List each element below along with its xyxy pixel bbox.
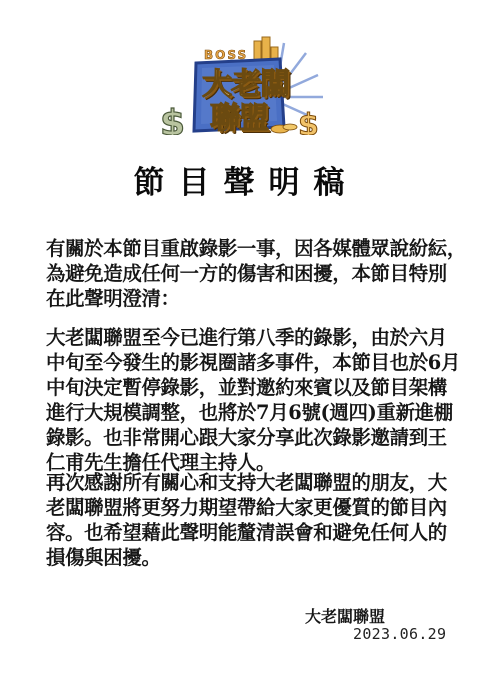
- paragraph-3: 再次感謝所有關心和支持大老闆聯盟的朋友，大 老闆聯盟將更努力期望帶給大家更優質的…: [46, 470, 446, 570]
- paragraph-line: 為避免造成任何一方的傷害和困擾，本節目特別: [46, 261, 446, 286]
- paragraph-line: 進行大規模調整，也將於7月6號(週四)重新進棚: [46, 400, 446, 425]
- show-logo: BOSS $ $ 大老闆 聯盟: [158, 35, 330, 135]
- document-date: 2023.06.29: [353, 625, 446, 643]
- paragraph-line: 大老闆聯盟至今已進行第八季的錄影，由於六月: [46, 325, 446, 350]
- logo-line-2: 聯盟: [210, 93, 268, 137]
- paragraph-line: 錄影。也非常開心跟大家分享此次錄影邀請到王: [46, 425, 446, 450]
- paragraph-line: 中旬至今發生的影視圈諸多事件，本節目也於6月: [46, 350, 446, 375]
- signature: 大老闆聯盟: [305, 604, 385, 627]
- document-title: 節目聲明稿: [0, 157, 478, 202]
- paragraph-2: 大老闆聯盟至今已進行第八季的錄影，由於六月 中旬至今發生的影視圈諸多事件，本節目…: [46, 325, 446, 475]
- paragraph-line: 損傷與困擾。: [46, 545, 446, 570]
- svg-text:$: $: [160, 103, 185, 135]
- svg-text:$: $: [298, 108, 319, 135]
- paragraph-line: 中旬決定暫停錄影，並對邀約來賓以及節目架構: [46, 375, 446, 400]
- paragraph-line: 容。也希望藉此聲明能釐清誤會和避免任何人的: [46, 520, 446, 545]
- paragraph-line: 再次感謝所有關心和支持大老闆聯盟的朋友，大: [46, 470, 446, 495]
- paragraph-line: 老闆聯盟將更努力期望帶給大家更優質的節目內: [46, 495, 446, 520]
- paragraph-line: 在此聲明澄清：: [46, 286, 446, 311]
- paragraph-1: 有關於本節目重啟錄影一事，因各媒體眾說紛紜， 為避免造成任何一方的傷害和困擾，本…: [46, 236, 446, 311]
- paragraph-line: 有關於本節目重啟錄影一事，因各媒體眾說紛紜，: [46, 236, 446, 261]
